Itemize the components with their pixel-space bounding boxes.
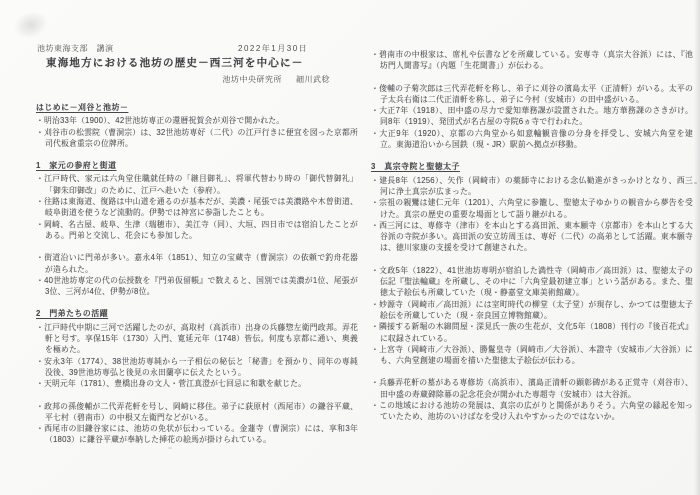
bullet-item: 政邦の孫俊輔が二代弄花軒を号し、岡崎に移住。弟子に荻原村（西尾市）の鎌谷平蔵、平… (36, 401, 358, 424)
bullet-item: 妙源寺（岡崎市／高田派）には室町時代の柳堂（太子堂）が現存し、かつては聖徳太子絵… (371, 299, 693, 322)
bullet-group: 明治33年（1900）、42世池坊専正の還暦祝賀会が刈谷で開かれた。刈谷市の松雲… (36, 115, 358, 149)
bullet-group: 俊輔の子菊次郎は三代弄花軒を称し、弟子に刈谷の濱島太平（正清軒）がいる。太平の子… (371, 83, 693, 151)
bullet-item: 安永3年（1774）、38世池坊専純から一子相伝の秘伝と「秘書」を預かり、同年の… (36, 356, 358, 379)
author-name: 細川武稔 (296, 75, 330, 84)
bullet-item: 岡崎、名古屋、岐阜、生津（瑞穂市）、美江寺（同）、大垣、四日市では宿泊したことが… (36, 219, 358, 242)
scanned-document-page: 池坊東海支部 講演 2022年1月30日 東海地方における池坊の歴史－西三河を中… (0, 0, 700, 495)
left-column: はじめに－刈谷と池坊－明治33年（1900）、42世池坊専正の還暦祝賀会が刈谷で… (36, 100, 358, 457)
section-heading: 1 家元の参府と街道 (36, 160, 358, 171)
bullet-item: 大正9年（1920）、京都の六角堂から如意輪観音像の分身を拝受し、安城六角堂を建… (371, 128, 693, 151)
section-heading: 2 門弟たちの活躍 (36, 308, 358, 319)
bullet-item: 隣接する新堀の木綿問屋・深見氏一族の生花が、文化5年（1808）刊行の『後百花式… (371, 321, 693, 344)
section-heading: 3 真宗寺院と聖徳太子 (371, 161, 693, 172)
scan-edge-shadow (694, 0, 700, 495)
right-column: 碧南市の中根家は、席札や伝書などを所蔵している。安専寺（真宗大谷派）には、『池坊… (371, 49, 693, 434)
bullet-group: 街道沿いに門弟が多い。嘉永4年（1851）、知立の宝蔵寺（曹洞宗）の依頼で釣舟花… (36, 252, 358, 297)
header-organization: 池坊東海支部 講演 (37, 43, 114, 54)
bullet-item: この地域における池坊の発展は、真宗の広がりと関係がありそう。六角堂の縁起を知って… (371, 400, 693, 423)
bullet-group: 江戸時代、家元は六角堂住職就任時の「継目御礼」、将軍代替わり時の「御代替御礼」「… (36, 173, 358, 241)
bullet-group: 江戸時代中期に三河で活躍したのが、高取村（高浜市）出身の兵藤惣左衛門政邦。弄花軒… (36, 322, 358, 390)
header-date: 2022年1月30日 (238, 43, 308, 54)
bullet-item: 江戸時代中期に三河で活躍したのが、高取村（高浜市）出身の兵藤惣左衛門政邦。弄花軒… (36, 322, 358, 356)
bullet-group: 建長8年（1256）、矢作（岡崎市）の薬師寺における念仏勧進がきっかけとなり、西… (371, 175, 693, 254)
bullet-group: 碧南市の中根家は、席札や伝書などを所蔵している。安専寺（真宗大谷派）には、『池坊… (371, 49, 693, 72)
bullet-item: 大正7年（1918）、田中盛の尽力で愛知華務課が設置された。地方華務課のさきがけ… (371, 105, 693, 128)
bullet-item: 碧南市の中根家は、席札や伝書などを所蔵している。安専寺（真宗大谷派）には、『池坊… (371, 49, 693, 72)
scan-smudge-artifact (11, 7, 52, 43)
bullet-item: 40世池坊専定の代の伝授数を『門弟仮留帳』で数えると、国別では美濃が1位、尾張が… (36, 275, 358, 298)
author-affiliation: 池坊中央研究所 (223, 75, 283, 84)
bullet-group: 政邦の孫俊輔が二代弄花軒を号し、岡崎に移住。弟子に荻原村（西尾市）の鎌谷平蔵、平… (36, 401, 358, 446)
bullet-group: 兵藤弄花軒の墓がある専修坊（高浜市）、濱島正清軒の顕彰碑がある正覚寺（刈谷市）、… (371, 377, 693, 422)
bullet-item: 街道沿いに門弟が多い。嘉永4年（1851）、知立の宝蔵寺（曹洞宗）の依頼で釣舟花… (36, 252, 358, 275)
bullet-item: 宗祖の親鸞は建仁元年（1201）、六角堂に参籠し、聖徳太子ゆかりの観音から夢告を… (371, 197, 693, 220)
byline: 池坊中央研究所細川武稔 (30, 74, 330, 85)
bullet-item: 文政5年（1822）、41世池坊専明が宿泊した満性寺（岡崎市／高田派）は、聖徳太… (371, 265, 693, 299)
bullet-item: 上宮寺（岡崎市／大谷派）、勝鬘皇寺（岡崎市／大谷派）、本證寺（安城市／大谷派）に… (371, 344, 693, 367)
page-title: 東海地方における池坊の歴史－西三河を中心に－ (46, 55, 303, 70)
section-heading: はじめに－刈谷と池坊－ (36, 102, 358, 113)
bullet-item: 天明元年（1781）、豊橋出身の文人・菅江真澄が七回忌に和歌を献じた。 (36, 378, 358, 389)
bullet-item: 建長8年（1256）、矢作（岡崎市）の薬師寺における念仏勧進がきっかけとなり、西… (371, 175, 693, 198)
bullet-item: 西三河には、専修寺（津市）を本山とする高田派、東本願寺（京都市）を本山とする大谷… (371, 220, 693, 254)
bullet-item: 明治33年（1900）、42世池坊専正の還暦祝賀会が刈谷で開かれた。 (36, 115, 358, 126)
bullet-item: 西尾市の旧鎌谷家には、池坊の免状が伝わっている。金蓮寺（曹洞宗）には、享和3年（… (36, 423, 358, 446)
bullet-item: 江戸時代、家元は六角堂住職就任時の「継目御礼」、将軍代替わり時の「御代替御礼」「… (36, 173, 358, 196)
bullet-group: 文政5年（1822）、41世池坊専明が宿泊した満性寺（岡崎市／高田派）は、聖徳太… (371, 265, 693, 367)
bullet-item: 往路は東海道、復路は中山道を通るのが基本だが、美濃・尾張では美濃路や木曽街道、岐… (36, 196, 358, 219)
bullet-item: 兵藤弄花軒の墓がある専修坊（高浜市）、濱島正清軒の顕彰碑がある正覚寺（刈谷市）、… (371, 377, 693, 400)
scan-speck (694, 182, 697, 184)
bullet-item: 俊輔の子菊次郎は三代弄花軒を称し、弟子に刈谷の濱島太平（正清軒）がいる。太平の子… (371, 83, 693, 106)
bullet-item: 刈谷市の松雲院（曹洞宗）は、32世池坊専好（二代）の江戸行きに便宜を図った京都所… (36, 127, 358, 150)
